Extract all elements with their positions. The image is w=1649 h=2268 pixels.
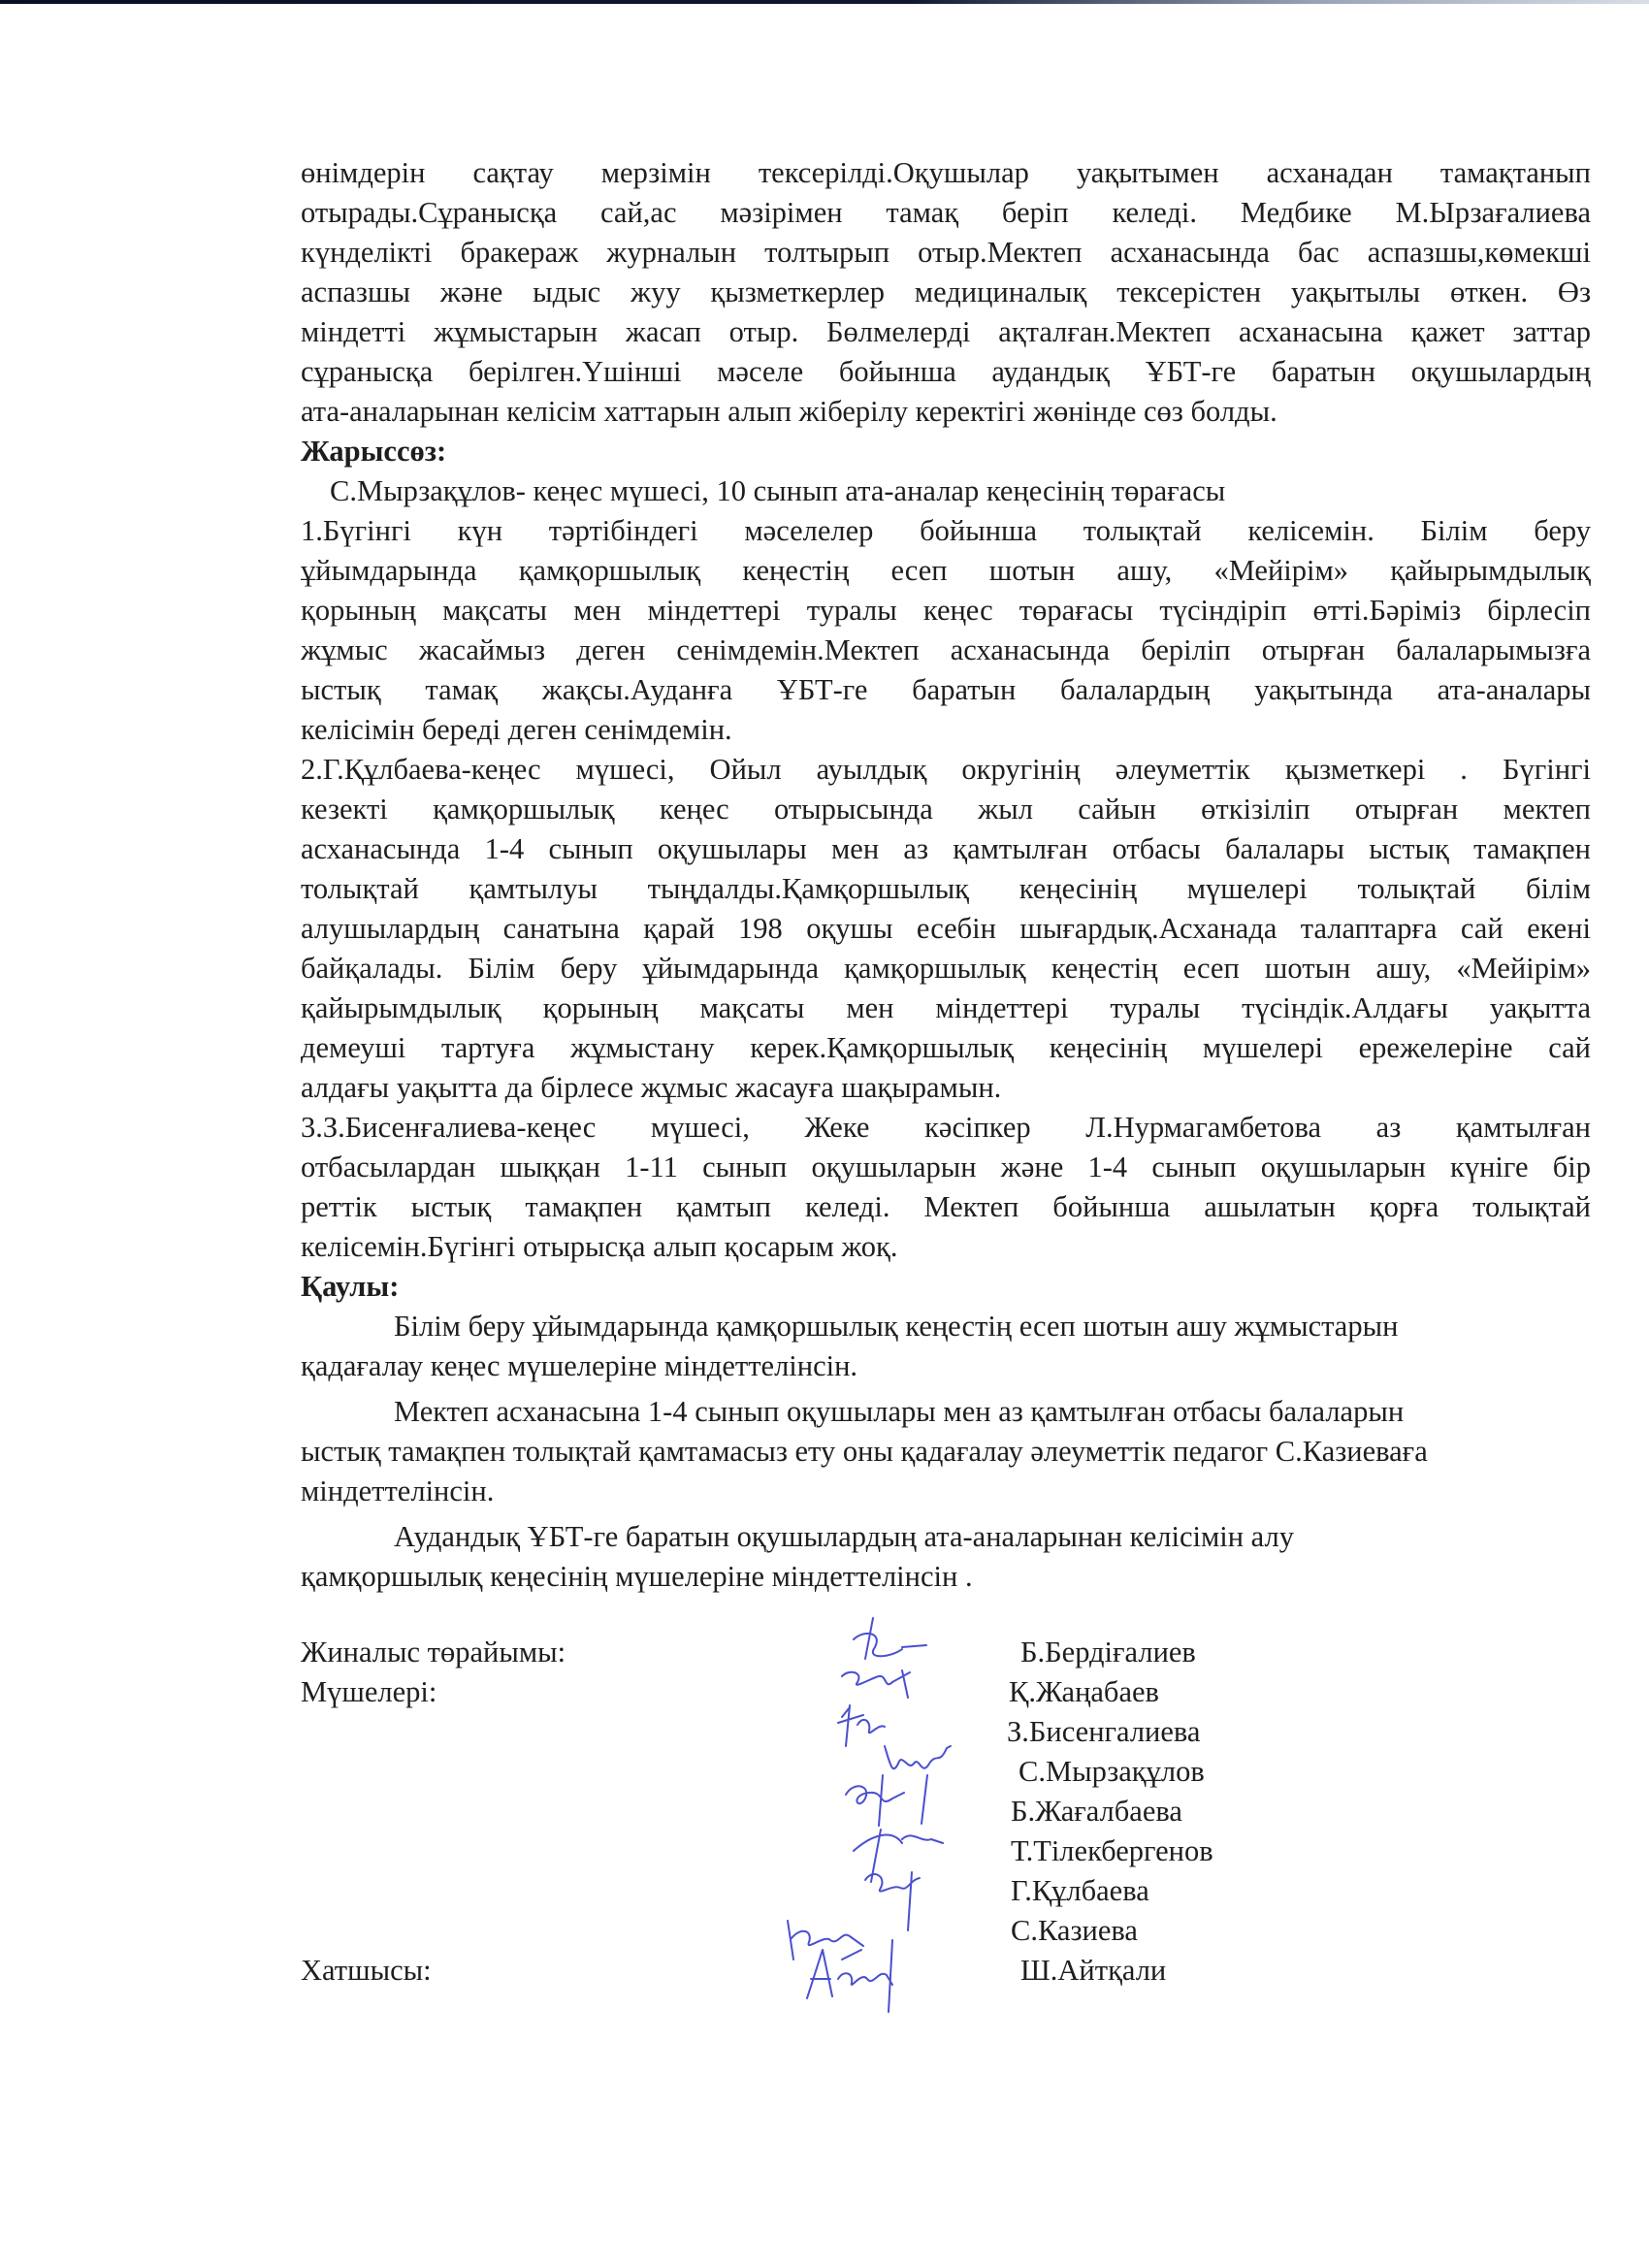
member-name: С.Мырзақұлов [1018, 1755, 1205, 1789]
text-line: міндеттелінсін. [301, 1472, 1591, 1511]
text-line: жұмыс жасаймыз деген сенімдемін.Мектеп а… [301, 631, 1591, 670]
resolution-list: Білім беру ұйымдарында қамқоршылық кеңес… [301, 1307, 1591, 1597]
text-line: реттік ыстық тамақпен қамтып келеді. Мек… [301, 1187, 1591, 1227]
signature-member-6 [865, 1872, 920, 1930]
text-line: Білім беру ұйымдарында қамқоршылық кеңес… [301, 1307, 1591, 1346]
chair-label: Жиналыс төрайымы: [301, 1636, 566, 1669]
text-line: Мектеп асханасына 1-4 сынып оқушылары ме… [301, 1392, 1591, 1432]
signature-member-5 [854, 1830, 943, 1882]
text-line: қорының мақсаты мен міндеттері туралы ке… [301, 591, 1591, 631]
text-line: отырады.Сұранысқа сай,ас мәзірімен тамақ… [301, 193, 1591, 233]
text-line: қадағалау кеңес мүшелеріне міндеттелінсі… [301, 1346, 1591, 1386]
text-line: күнделікті бракераж журналын толтырып от… [301, 233, 1591, 273]
text-line: қайырымдылық қорының мақсаты мен міндетт… [301, 988, 1591, 1028]
text-line: алушылардың санатына қарай 198 оқушы есе… [301, 909, 1591, 949]
signature-member-7 [788, 1921, 863, 1960]
text-line: толықтай қамтылуы тыңдалды.Қамқоршылық к… [301, 869, 1591, 909]
debate-heading: Жарыссөз: [301, 432, 1591, 471]
speech-3: 3.З.Бисенғалиева-кеңес мүшесі, Жеке кәсі… [301, 1108, 1591, 1267]
text-line: отбасылардан шыққан 1-11 сынып оқушылары… [301, 1148, 1591, 1187]
text-line: міндетті жұмыстарын жасап отыр. Бөлмелер… [301, 312, 1591, 352]
text-line: 3.З.Бисенғалиева-кеңес мүшесі, Жеке кәсі… [301, 1108, 1591, 1148]
text-line: демеуші тартуға жұмыстану керек.Қамқоршы… [301, 1028, 1591, 1068]
text-line: асханасында 1-4 сынып оқушылары мен аз қ… [301, 829, 1591, 869]
member-name: С.Казиева [1011, 1914, 1138, 1948]
signature-member-4 [846, 1775, 904, 1826]
member-name: Қ.Жаңабаев [1009, 1675, 1159, 1709]
text-line: ұйымдарында қамқоршылық кеңестің есеп шо… [301, 551, 1591, 591]
resolution-item: Мектеп асханасына 1-4 сынып оқушылары ме… [301, 1392, 1591, 1511]
text-line: Аудандық ҰБТ-ге баратын оқушылардың ата-… [301, 1517, 1591, 1557]
intro-paragraph: өнімдерін сақтау мерзімін тексерілді.Оқу… [301, 153, 1591, 432]
member-name: З.Бисенгалиева [1007, 1715, 1200, 1749]
resolution-heading: Қаулы: [301, 1267, 1591, 1307]
scan-top-edge [0, 0, 1649, 4]
text-line: келісемін.Бүгінгі отырысқа алып қосарым … [301, 1227, 1591, 1267]
text-line: келісімін береді деген сенімдемін. [301, 710, 1591, 750]
resolution-item: Аудандық ҰБТ-ге баратын оқушылардың ата-… [301, 1517, 1591, 1597]
signature-member-1 [842, 1670, 910, 1698]
secretary-label: Хатшысы: [301, 1954, 432, 1988]
speech-1: 1.Бүгінгі күн тәртібіндегі мәселелер бой… [301, 511, 1591, 750]
chair-name: Б.Бердіғалиев [1020, 1636, 1196, 1669]
secretary-name: Ш.Айтқали [1020, 1954, 1166, 1988]
text-line: сұранысқа берілген.Үшінші мәселе бойынша… [301, 352, 1591, 392]
text-line: алдағы уақытта да бірлесе жұмыс жасауға … [301, 1068, 1591, 1108]
signature-member-2 [838, 1705, 885, 1746]
text-line: кезекті қамқоршылық кеңес отырысында жыл… [301, 790, 1591, 829]
members-label: Мүшелері: [301, 1675, 436, 1709]
text-line: ыстық тамақпен толықтай қамтамасыз ету о… [301, 1432, 1591, 1472]
text-line: байқалады. Білім беру ұйымдарында қамқор… [301, 949, 1591, 988]
resolution-item: Білім беру ұйымдарында қамқоршылық кеңес… [301, 1307, 1591, 1386]
signature-member-3 [885, 1746, 951, 1824]
text-line: 1.Бүгінгі күн тәртібіндегі мәселелер бой… [301, 511, 1591, 551]
debate-intro: С.Мырзақұлов- кеңес мүшесі, 10 сынып ата… [301, 471, 1591, 511]
speech-2: 2.Г.Құлбаева-кеңес мүшесі, Ойыл ауылдық … [301, 750, 1591, 1108]
member-name: Г.Құлбаева [1011, 1874, 1149, 1908]
member-name: Б.Жағалбаева [1011, 1795, 1182, 1829]
text-line: қамқоршылық кеңесінің мүшелеріне міндетт… [301, 1557, 1591, 1597]
text-line: өнімдерін сақтау мерзімін тексерілді.Оқу… [301, 153, 1591, 193]
member-name: Т.Тілекбергенов [1011, 1834, 1213, 1868]
text-line: аспазшы және ыдыс жуу қызметкерлер медиц… [301, 273, 1591, 312]
handwritten-signatures [757, 1601, 989, 2027]
signature-chair [854, 1618, 926, 1659]
text-line: ыстық тамақ жақсы.Ауданға ҰБТ-ге баратын… [301, 670, 1591, 710]
signature-secretary [807, 1940, 892, 2012]
text-line: ата-аналарынан келісім хаттарын алып жіб… [301, 392, 1591, 432]
text-line: 2.Г.Құлбаева-кеңес мүшесі, Ойыл ауылдық … [301, 750, 1591, 790]
document-page: өнімдерін сақтау мерзімін тексерілді.Оқу… [301, 153, 1591, 1597]
